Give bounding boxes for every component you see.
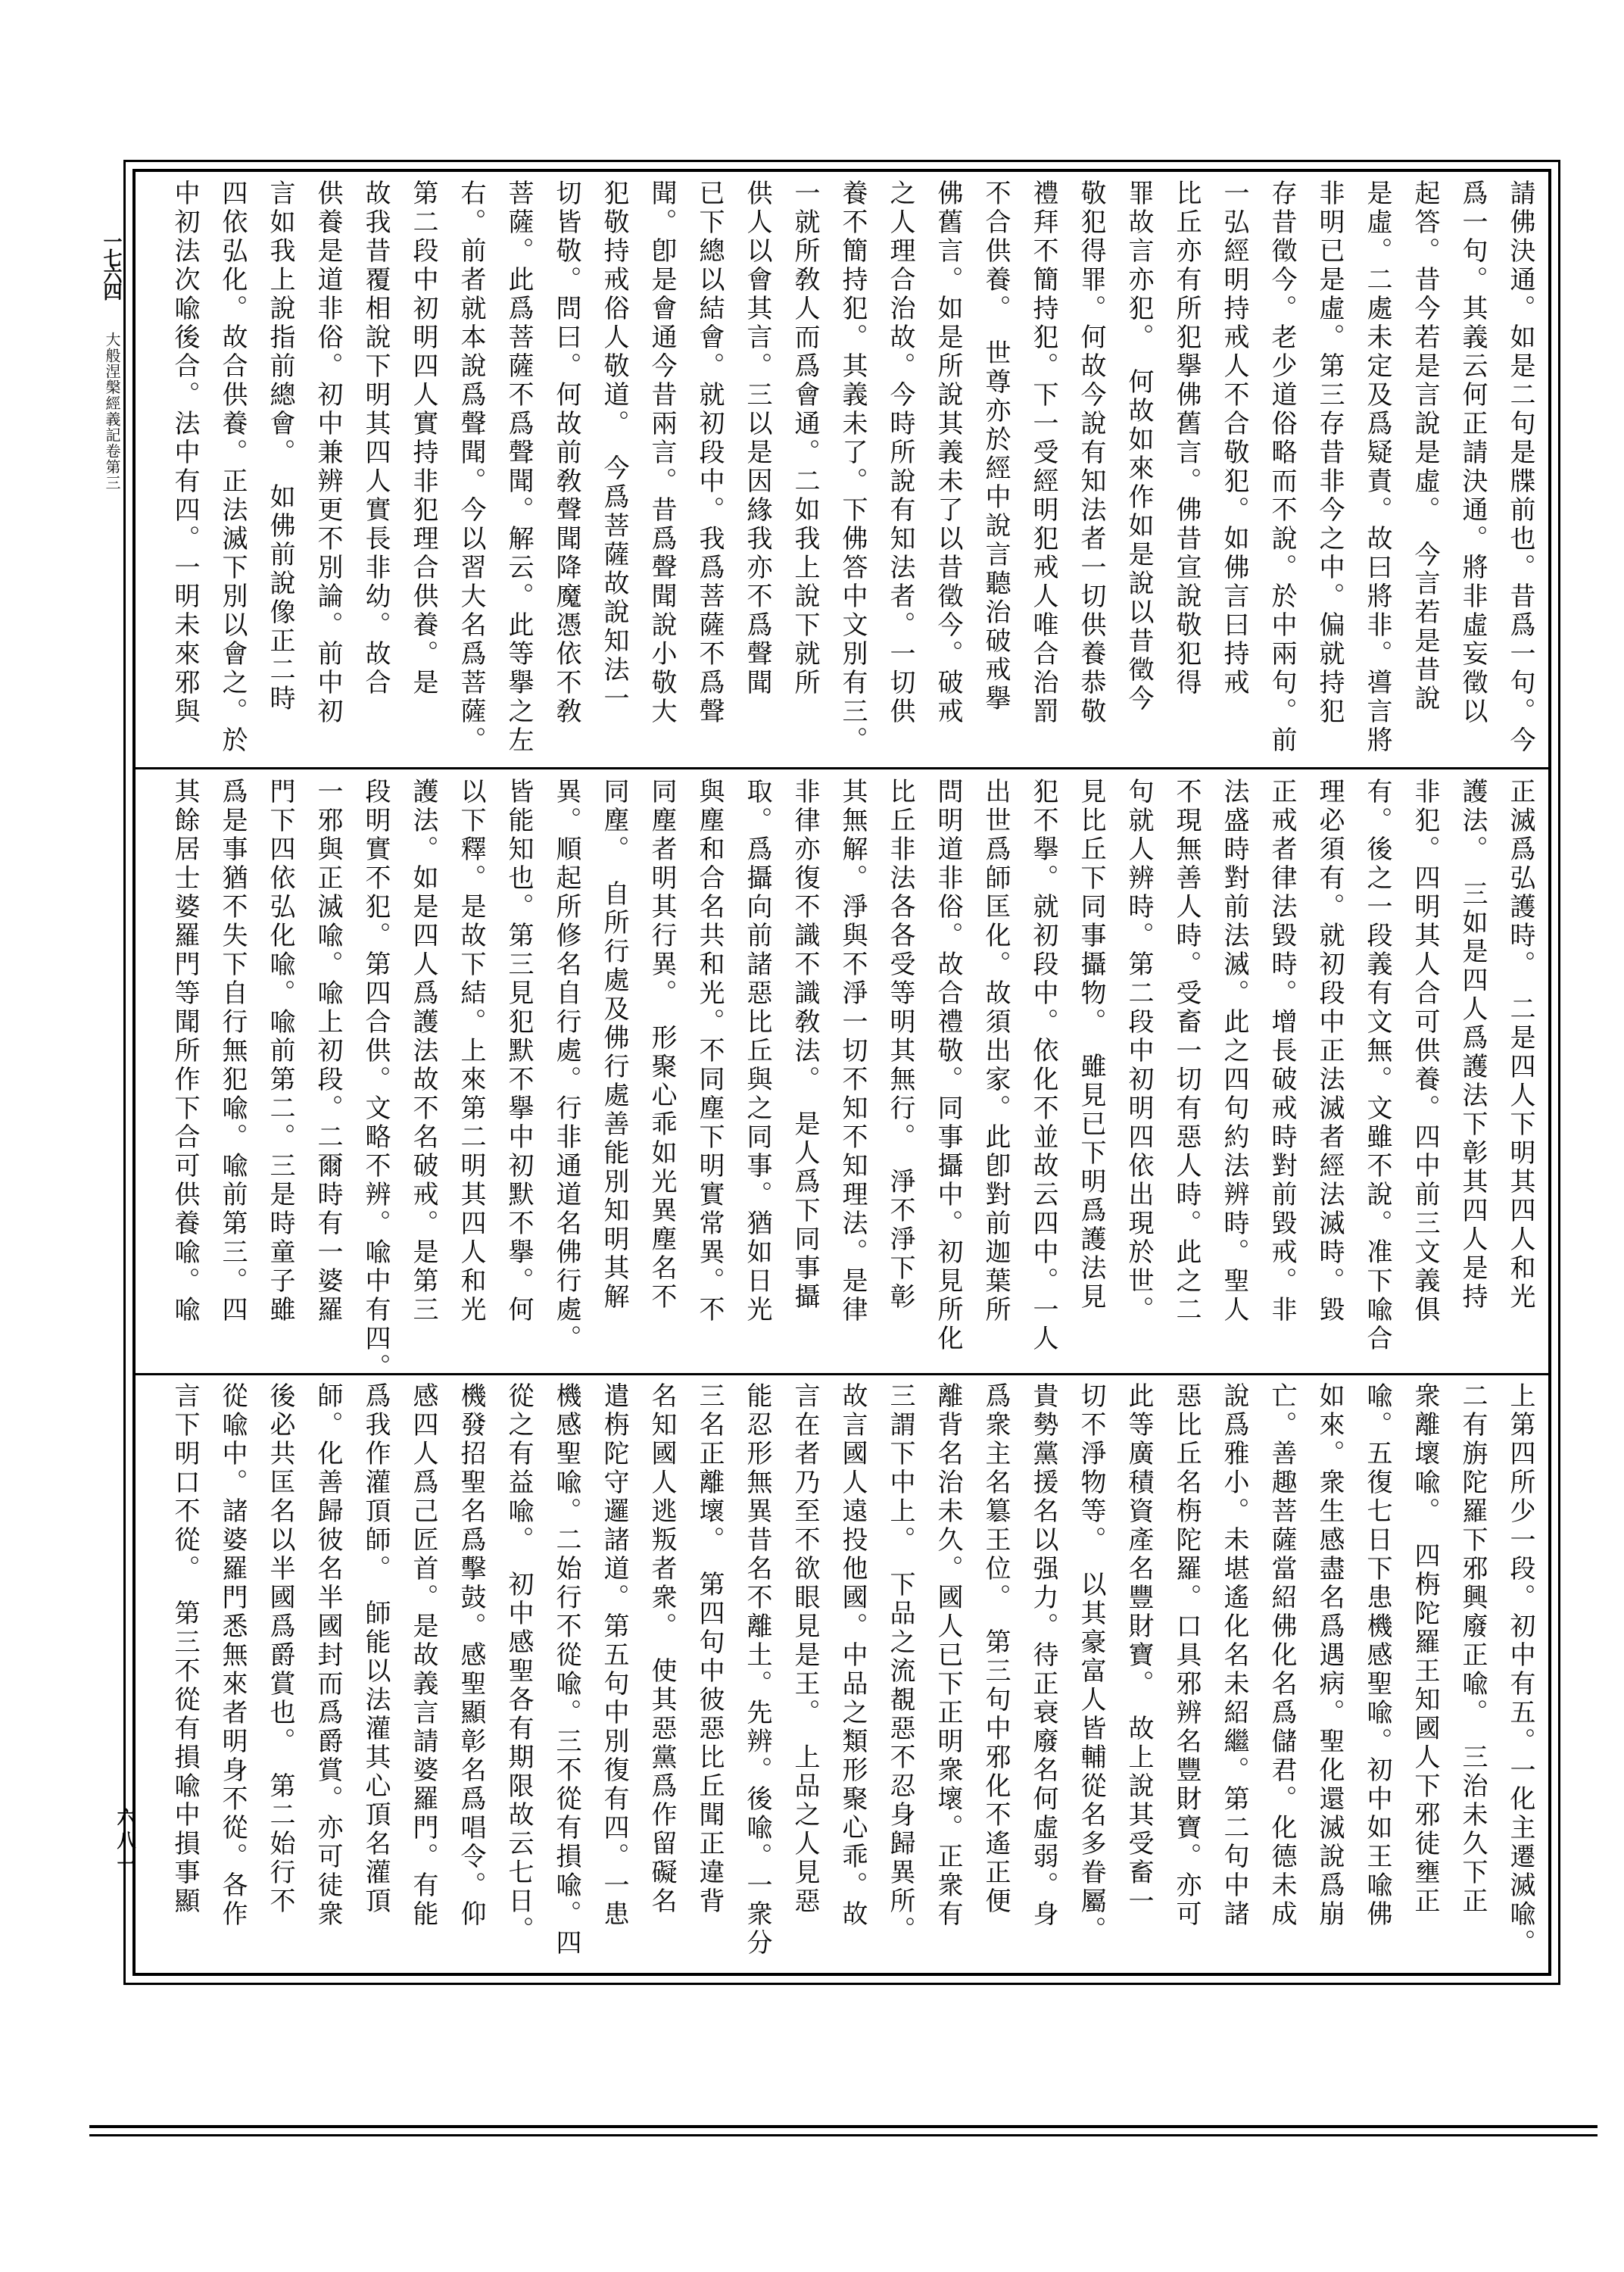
text-column: 比丘亦有所犯擧佛舊言。佛昔宣說敬犯得 (1162, 179, 1210, 764)
text-column: 爲是事猶不失下自行無犯喩。喩前第三。四 (208, 778, 256, 1362)
text-column: 後必共匡名以半國爲爵賞也。 第二始行不 (256, 1382, 304, 1967)
text-column: 之人理合治故。今時所說有知法者。一切供 (876, 179, 924, 764)
folio-number: 一七六四 (97, 232, 124, 298)
text-column: 言如我上說指前總會。 如佛前說像正二時 (256, 179, 304, 764)
text-column: 已下總以結會。就初段中。我爲菩薩不爲聲 (685, 179, 733, 764)
text-band-bottom: 上第四所少一段。初中有五。一化主遷滅喩。二有旃陀羅下邪興廢正喩。 三治未久下正衆… (137, 1382, 1547, 1967)
text-band-middle: 正滅爲弘護時。 二是四人下明其四人和光護法。 三如是四人爲護法下彰其四人是持非犯… (137, 778, 1547, 1362)
text-column: 第二段中初明四人實持非犯理合供養。是 (399, 179, 447, 764)
text-column: 右。前者就本說爲聲聞。今以習大名爲菩薩。 (447, 179, 494, 764)
text-column: 犯不擧。就初段中。依化不並故云四中。一人 (1019, 778, 1067, 1362)
text-column: 護法。 三如是四人爲護法下彰其四人是持 (1448, 778, 1496, 1362)
text-column: 與塵和合名共和光。不同塵下明實常異。不 (685, 778, 733, 1362)
text-column: 見比丘下同事攝物。 雖見已下明爲護法見 (1067, 778, 1114, 1362)
text-column: 惡比丘名栴陀羅。口具邪辨名豐財寶。亦可 (1162, 1382, 1210, 1967)
text-column: 比丘非法各各受等明其無行。 淨不淨下彰 (876, 778, 924, 1362)
footer-rule-bottom (89, 2134, 1598, 2136)
text-column: 不現無善人時。受畜一切有惡人時。此之二 (1162, 778, 1210, 1362)
text-column: 喩。五復七日下患機感聖喩。初中如王喩佛 (1353, 1382, 1401, 1967)
margin-title: 大般涅槃經義記卷第三 (101, 332, 123, 491)
text-column: 從喩中。諸婆羅門悉無來者明身不從。各作 (208, 1382, 256, 1967)
text-column: 非明已是虛。第三存昔非今之中。偏就持犯 (1305, 179, 1353, 764)
text-column: 機感聖喩。二始行不從喩。三不從有損喩。四 (542, 1382, 590, 1967)
text-column: 言在者乃至不欲眼見是王。 上品之人見惡 (781, 1382, 828, 1967)
text-column: 四依弘化。故合供養。正法滅下別以會之。於 (208, 179, 256, 764)
text-column: 非犯。四明其人合可供養。四中前三文義俱 (1401, 778, 1448, 1362)
page-frame-inner: 請佛決通。如是二句是牒前也。昔爲一句。今爲一句。其義云何正請決通。將非虛妄徵以起… (132, 169, 1551, 1976)
text-column: 二有旃陀羅下邪興廢正喩。 三治未久下正 (1448, 1382, 1496, 1967)
text-column: 中初法次喩後合。法中有四。一明未來邪與 (161, 179, 208, 764)
text-column: 一弘經明持戒人不合敬犯。如佛言曰持戒 (1210, 179, 1258, 764)
text-column: 聞。卽是會通今昔兩言。昔爲聲聞說小敬大 (637, 179, 685, 764)
text-column: 皆能知也。第三見犯默不擧中初默不擧。何 (494, 778, 542, 1362)
text-column: 句就人辨時。第二段中初明四依出現於世。 (1114, 778, 1162, 1362)
text-column: 問明道非俗。故合禮敬。同事攝中。初見所化 (924, 778, 971, 1362)
text-column: 機發招聖名爲擊鼓。感聖顯彰名爲唱令。仰 (447, 1382, 494, 1967)
text-column: 法盛時對前法滅。此之四句約法辨時。聖人 (1210, 778, 1258, 1362)
text-column: 禮拜不簡持犯。下一受經明犯戒人唯合治罰 (1019, 179, 1067, 764)
text-column: 言下明口不從。 第三不從有損喩中損事顯 (161, 1382, 208, 1967)
text-column: 故我昔覆相說下明其四人實長非幼。故合 (351, 179, 399, 764)
text-column: 感四人爲己匠首。是故義言請婆羅門。有能 (399, 1382, 447, 1967)
text-column: 如來。衆生感盡名爲遇病。聖化還滅說爲崩 (1305, 1382, 1353, 1967)
text-column: 切不淨物等。 以其豪富人皆輔從名多眷屬。 (1067, 1382, 1114, 1967)
text-column: 正滅爲弘護時。 二是四人下明其四人和光 (1496, 778, 1544, 1362)
text-column: 此等廣積資產名豐財寶。 故上說其受畜一 (1114, 1382, 1162, 1967)
text-column: 取。爲攝向前諸惡比丘與之同事。猶如日光 (733, 778, 781, 1362)
text-column: 故言國人遠投他國。中品之類形聚心乖。故 (828, 1382, 876, 1967)
text-column: 請佛決通。如是二句是牒前也。昔爲一句。今 (1496, 179, 1544, 764)
text-column: 犯敬持戒俗人敬道。 今爲菩薩故說知法一 (590, 179, 637, 764)
text-column: 其餘居士婆羅門等聞所作下合可供養喩。喩 (161, 778, 208, 1362)
text-column: 一就所敎人而爲會通。二如我上說下就所 (781, 179, 828, 764)
text-column: 敬犯得罪。何故今說有知法者一切供養恭敬 (1067, 179, 1114, 764)
text-column: 非律亦復不識不識敎法。 是人爲下同事攝 (781, 778, 828, 1362)
text-column: 不合供養。 世尊亦於經中說言聽治破戒擧 (971, 179, 1019, 764)
band-divider-1 (136, 767, 1548, 769)
text-column: 爲我作灌頂師。 師能以法灌其心頂名灌頂 (351, 1382, 399, 1967)
text-column: 理必須有。就初段中正法滅者經法滅時。毀 (1305, 778, 1353, 1362)
text-column: 存昔徵今。老少道俗略而不說。於中兩句。前 (1258, 179, 1305, 764)
text-column: 以下釋。是故下結。上來第二明其四人和光 (447, 778, 494, 1362)
text-column: 三謂下中上。 下品之流覩惡不忍身歸異所。 (876, 1382, 924, 1967)
text-column: 上第四所少一段。初中有五。一化主遷滅喩。 (1496, 1382, 1544, 1967)
text-column: 養不簡持犯。其義未了。下佛答中文別有三。 (828, 179, 876, 764)
page-frame-outer: 請佛決通。如是二句是牒前也。昔爲一句。今爲一句。其義云何正請決通。將非虛妄徵以起… (123, 160, 1560, 1985)
band-divider-2 (136, 1373, 1548, 1375)
text-column: 能忍形無異昔名不離土。先辨。後喩。一衆分 (733, 1382, 781, 1967)
text-column: 有。後之一段義有文無。文雖不說。准下喩合 (1353, 778, 1401, 1362)
text-column: 起答。昔今若是言說是虛。 今言若是昔說 (1401, 179, 1448, 764)
text-column: 貴勢黨援名以强力。待正衰廢名何虛弱。身 (1019, 1382, 1067, 1967)
text-column: 亡。善趣菩薩當紹佛化名爲儲君。化德未成 (1258, 1382, 1305, 1967)
text-column: 同塵。 自所行處及佛行處善能別知明其解 (590, 778, 637, 1362)
text-band-top: 請佛決通。如是二句是牒前也。昔爲一句。今爲一句。其義云何正請決通。將非虛妄徵以起… (137, 179, 1547, 764)
scanned-page: 一七六四 大般涅槃經義記卷第三 六八一 請佛決通。如是二句是牒前也。昔爲一句。今… (0, 0, 1624, 2272)
text-column: 佛舊言。如是所說其義未了以昔徵今。破戒 (924, 179, 971, 764)
text-column: 是虛。二處未定及爲疑責。故曰將非。噵言將 (1353, 179, 1401, 764)
text-column: 爲一句。其義云何正請決通。將非虛妄徵以 (1448, 179, 1496, 764)
text-column: 段明實不犯。第四合供。文略不辨。喩中有四。 (351, 778, 399, 1362)
text-column: 衆離壞喩。 四栴陀羅王知國人下邪徒壅正 (1401, 1382, 1448, 1967)
text-column: 一邪與正滅喩。喩上初段。二爾時有一婆羅 (304, 778, 351, 1362)
text-column: 三名正離壞。 第四句中彼惡比丘聞正違背 (685, 1382, 733, 1967)
text-column: 同塵者明其行異。 形聚心乖如光異塵名不 (637, 778, 685, 1362)
text-column: 供人以會其言。三以是因緣我亦不爲聲聞 (733, 179, 781, 764)
text-column: 遣栴陀守邏諸道。第五句中別復有四。一患 (590, 1382, 637, 1967)
text-column: 門下四依弘化喩。喩前第二。三是時童子雖 (256, 778, 304, 1362)
text-column: 正戒者律法毀時。增長破戒時對前毀戒。非 (1258, 778, 1305, 1362)
text-column: 出世爲師匡化。故須出家。此卽對前迦葉所 (971, 778, 1019, 1362)
text-column: 爲衆主名簒王位。 第三句中邪化不遙正便 (971, 1382, 1019, 1967)
text-column: 供養是道非俗。初中兼辨更不別論。前中初 (304, 179, 351, 764)
text-column: 異。順起所修名自行處。行非通道名佛行處。 (542, 778, 590, 1362)
text-column: 其無解。淨與不淨一切不知不知理法。是律 (828, 778, 876, 1362)
text-column: 說爲雅小。未堪遙化名未紹繼。第二句中諸 (1210, 1382, 1258, 1967)
footer-rule-top (89, 2125, 1598, 2128)
text-column: 名知國人逃叛者衆。 使其惡黨爲作留礙名 (637, 1382, 685, 1967)
text-column: 離背名治未久。國人已下正明衆壞。正衆有 (924, 1382, 971, 1967)
text-column: 師。化善歸彼名半國封而爲爵賞。亦可徒衆 (304, 1382, 351, 1967)
text-column: 罪故言亦犯。 何故如來作如是說以昔徵今 (1114, 179, 1162, 764)
text-column: 菩薩。此爲菩薩不爲聲聞。解云。此等擧之左 (494, 179, 542, 764)
text-column: 護法。如是四人爲護法故不名破戒。是第三 (399, 778, 447, 1362)
text-column: 切皆敬。問曰。何故前敎聲聞降魔憑依不敎 (542, 179, 590, 764)
text-column: 從之有益喩。 初中感聖各有期限故云七日。 (494, 1382, 542, 1967)
